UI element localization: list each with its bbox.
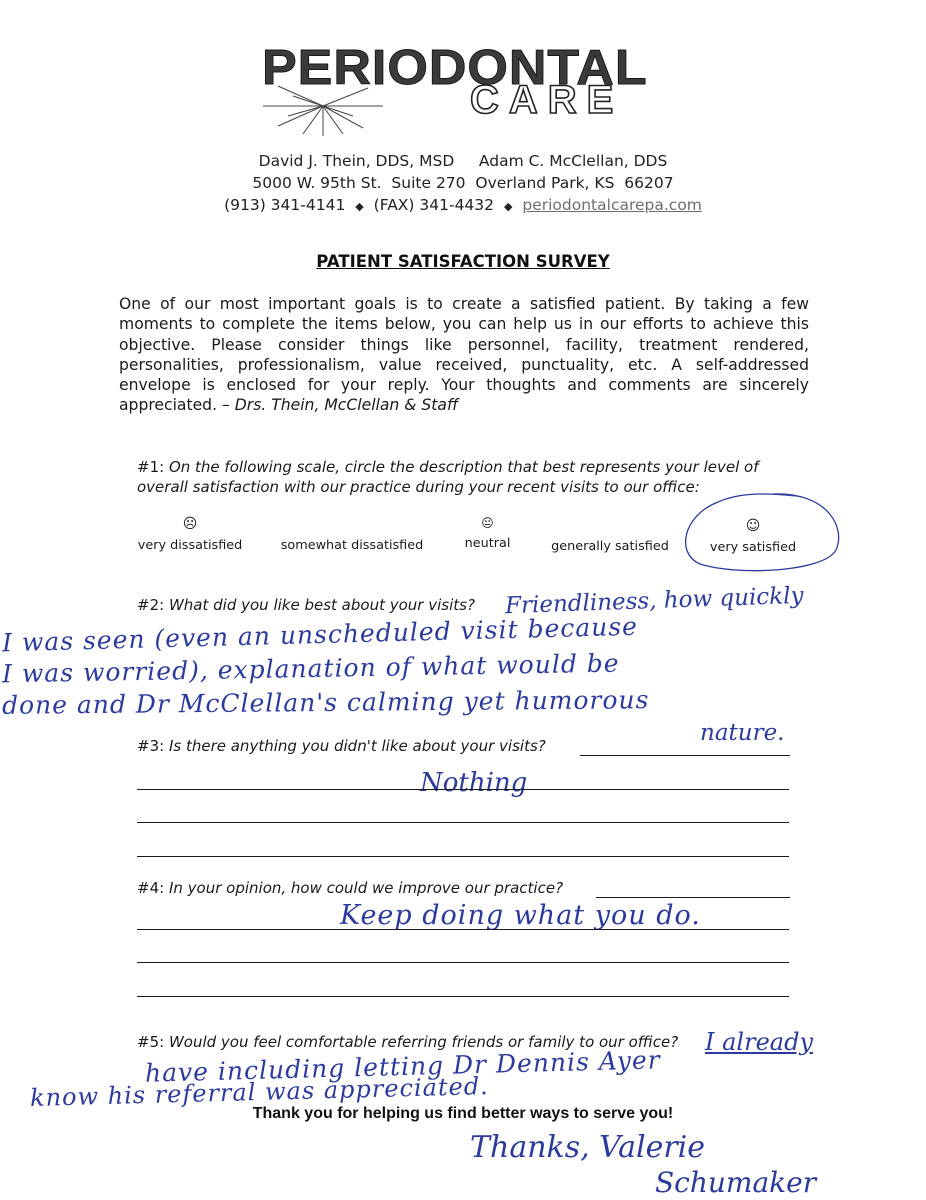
q2-answer-line-5: nature. [700, 720, 785, 746]
signature-line-2: Schumaker [655, 1166, 816, 1199]
frown-face-icon: ☹ [130, 516, 250, 532]
survey-title: PATIENT SATISFACTION SURVEY [0, 252, 926, 271]
q4-answer: Keep doing what you do. [340, 900, 701, 931]
phone-line: (913) 341-4141 ◆ (FAX) 341-4432 ◆ period… [0, 194, 926, 218]
q5-answer-line-1: I already [705, 1028, 813, 1056]
signoff: – Drs. Thein, McClellan & Staff [222, 396, 458, 414]
address-line: 5000 W. 95th St. Suite 270 Overland Park… [0, 172, 926, 194]
neutral-face-icon: 😐 [450, 516, 525, 530]
answer-line [137, 822, 789, 823]
phone-number: (913) 341-4141 [224, 196, 345, 214]
scale-very-dissatisfied[interactable]: ☹ very dissatisfied [130, 516, 250, 553]
question-3: #3: Is there anything you didn't like ab… [137, 737, 546, 755]
question-4: #4: In your opinion, how could we improv… [137, 879, 563, 897]
q2-answer-line-4: done and Dr McClellan's calming yet humo… [2, 685, 650, 720]
survey-intro: One of our most important goals is to cr… [119, 294, 809, 416]
logo-care: CARE [470, 78, 623, 123]
diamond-separator-icon: ◆ [355, 200, 363, 213]
doctors-line: David J. Thein, DDS, MSD Adam C. McClell… [0, 150, 926, 172]
answer-line [137, 856, 789, 857]
scale-generally-satisfied[interactable]: generally satisfied [540, 539, 680, 554]
footer-thanks: Thank you for helping us find better way… [0, 1105, 926, 1123]
answer-line [137, 962, 789, 963]
fax-number: (FAX) 341-4432 [374, 196, 494, 214]
scale-somewhat-dissatisfied[interactable]: somewhat dissatisfied [272, 538, 432, 553]
website-link[interactable]: periodontalcarepa.com [522, 196, 702, 214]
answer-line [580, 755, 790, 756]
answer-line [137, 789, 789, 790]
q3-answer: Nothing [420, 768, 527, 798]
answer-line [596, 897, 790, 898]
question-2: #2: What did you like best about your vi… [137, 596, 475, 614]
answer-line [137, 929, 789, 930]
scale-neutral[interactable]: 😐 neutral [450, 516, 525, 551]
diamond-separator-icon: ◆ [504, 200, 512, 213]
answer-line [137, 996, 789, 997]
selection-circle [678, 488, 846, 576]
signature-line-1: Thanks, Valerie [470, 1130, 705, 1165]
